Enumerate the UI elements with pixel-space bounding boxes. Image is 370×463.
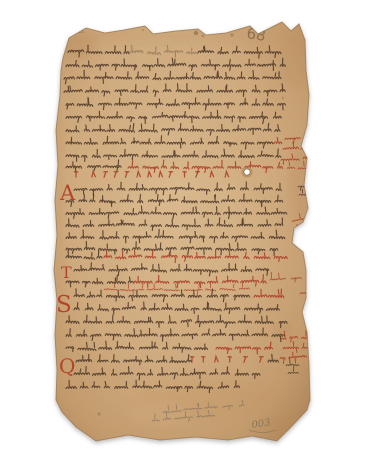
manuscript-leaf: ATSQ 68 Ca 003 [0,0,370,463]
parchment-hole [244,169,250,175]
initial-letter: S [56,292,72,318]
initial-letter: Q [59,354,75,378]
manuscript-photo: ATSQ 68 Ca 003 [0,0,370,463]
parchment-surface: ATSQ 68 Ca 003 [50,18,316,446]
initial-letter: T [61,263,72,282]
edge-line [54,22,310,441]
initial-letter: A [59,181,76,205]
